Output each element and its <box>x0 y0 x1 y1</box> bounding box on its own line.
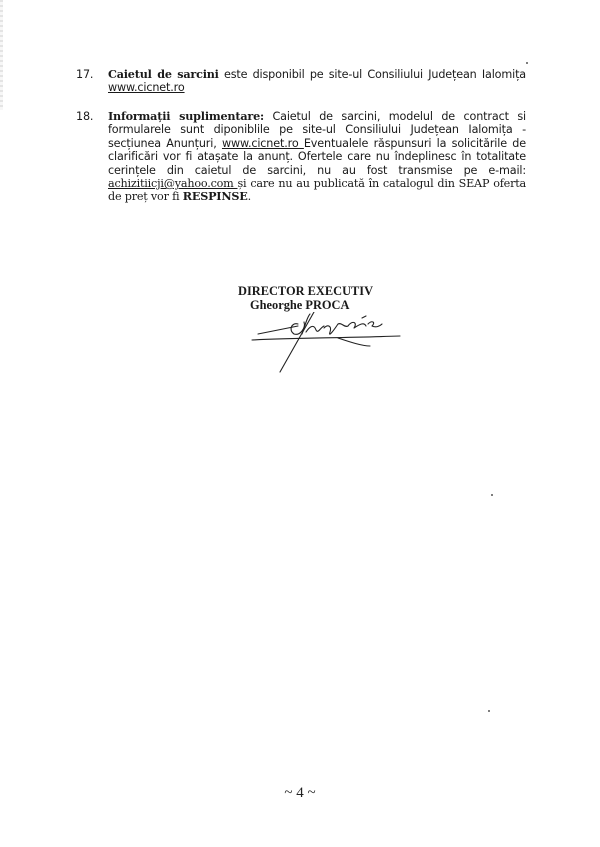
item-number: 18. <box>76 110 106 123</box>
signature-block: DIRECTOR EXECUTIV Gheorghe PROCA <box>238 284 418 312</box>
scan-edge-artifact <box>0 0 3 110</box>
item-heading: Informații suplimentare: <box>108 109 264 123</box>
website-link[interactable]: www.cicnet.ro <box>108 81 185 94</box>
item-number: 17. <box>76 68 106 81</box>
signatory-title: DIRECTOR EXECUTIV <box>238 284 418 298</box>
signatory-name: Gheorghe PROCA <box>238 298 418 312</box>
scan-speck <box>488 710 490 712</box>
rejected-label: RESPINSE <box>183 189 248 203</box>
list-item-17: 17. Caietul de sarcini este disponibil p… <box>76 68 526 95</box>
item-heading: Caietul de sarcini <box>108 67 219 81</box>
item-text: este disponibil pe site-ul Consiliului J… <box>219 68 526 81</box>
scan-speck <box>526 62 528 64</box>
website-link[interactable]: www.cicnet.ro <box>222 137 304 150</box>
scan-speck <box>491 494 493 496</box>
email-link[interactable]: achizitiicji@yahoo.com <box>108 177 238 190</box>
item-body: Informații suplimentare: Caietul de sarc… <box>108 110 526 204</box>
page-number: ~ 4 ~ <box>0 785 600 802</box>
punctuation: . <box>248 190 251 203</box>
handwritten-signature-icon <box>250 312 410 374</box>
item-body: Caietul de sarcini este disponibil pe si… <box>108 68 526 95</box>
list-item-18: 18. Informații suplimentare: Caietul de … <box>76 110 526 204</box>
